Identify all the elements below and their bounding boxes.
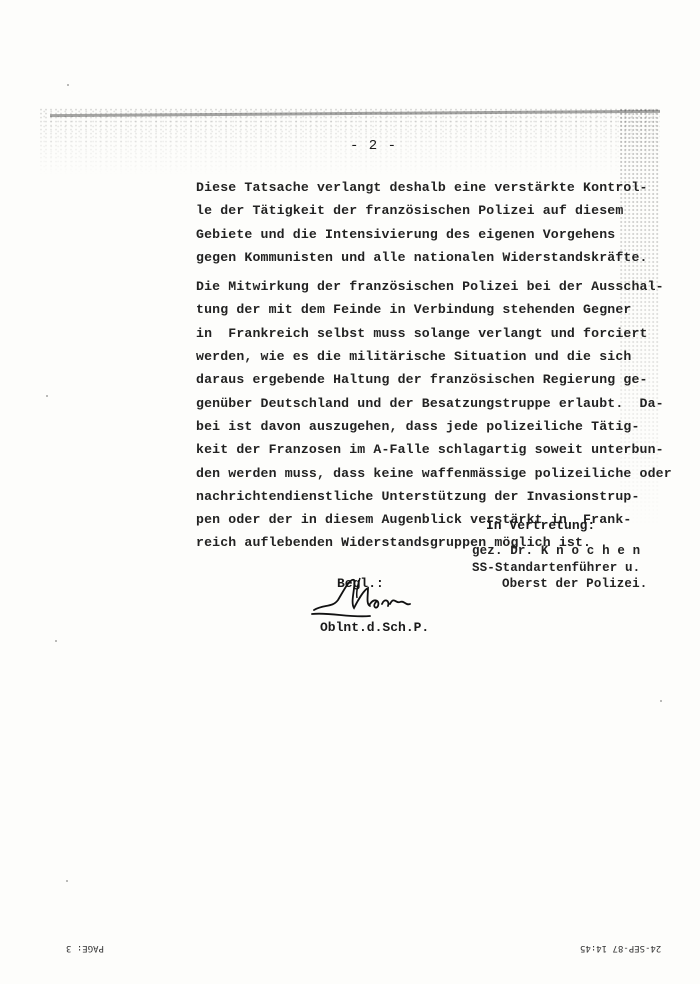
handwritten-signature [310, 574, 420, 624]
scan-speck [67, 84, 69, 86]
text-line: pen oder der in diesem Augenblick verstä… [196, 508, 666, 531]
document-body: Diese Tatsache verlangt deshalb eine ver… [196, 176, 666, 561]
text-line: werden, wie es die militärische Situatio… [196, 345, 666, 368]
certification-title: Oblnt.d.Sch.P. [320, 620, 429, 635]
closing-phrase: In Vertretung: [486, 518, 595, 533]
text-line: Diese Tatsache verlangt deshalb eine ver… [196, 176, 666, 199]
text-line: Die Mitwirkung der französischen Polizei… [196, 275, 666, 298]
text-line: keit der Franzosen im A-Falle schlagarti… [196, 438, 666, 461]
text-line: den werden muss, dass keine waffenmässig… [196, 462, 666, 485]
text-line: tung der mit dem Feinde in Verbindung st… [196, 298, 666, 321]
scan-speck [66, 880, 68, 882]
scan-speck [55, 640, 57, 642]
signatory-rank: SS-Standartenführer u. [472, 560, 647, 577]
paragraph-1: Diese Tatsache verlangt deshalb eine ver… [196, 176, 666, 269]
signatory-title: Oberst der Polizei. [472, 576, 647, 593]
text-line: genüber Deutschland und der Besatzungstr… [196, 392, 666, 415]
text-line: nachrichtendienstliche Unterstützung der… [196, 485, 666, 508]
footer-page-number: PAGE: 3 [66, 943, 104, 953]
text-line: Gebiete und die Intensivierung des eigen… [196, 223, 666, 246]
text-line: bei ist davon auszugehen, dass jede poli… [196, 415, 666, 438]
signatory-block: gez. Dr. K n o c h e n SS-Standartenführ… [472, 543, 647, 593]
scan-speck [46, 395, 48, 397]
text-line: le der Tätigkeit der französischen Poliz… [196, 199, 666, 222]
signatory-name: gez. Dr. K n o c h e n [472, 543, 647, 560]
footer-timestamp: 24-SEP-87 14:45 [580, 943, 661, 953]
page-number-marker: - 2 - [350, 138, 397, 154]
text-line: gegen Kommunisten und alle nationalen Wi… [196, 246, 666, 269]
paragraph-2: Die Mitwirkung der französischen Polizei… [196, 275, 666, 555]
scan-speck [660, 700, 662, 702]
text-line: daraus ergebende Haltung der französisch… [196, 368, 666, 391]
text-line: in Frankreich selbst muss solange verlan… [196, 322, 666, 345]
